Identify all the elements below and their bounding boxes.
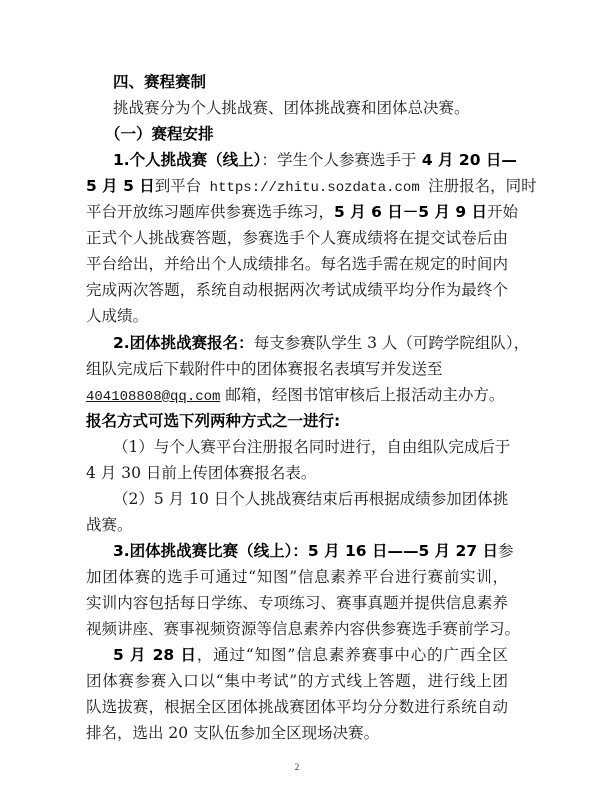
text: 4 月 30 日前上传团体赛报名表。 [86,464,316,482]
text-line: 平台给出，并给出个人成绩排名。每名选手需在规定的时间内 [86,251,508,277]
text-line: 组队完成后下载附件中的团体赛报名表填写并发送至 [86,356,508,382]
text-line: （1）与个人赛平台注册报名同时进行，自由组队完成后于 [113,434,508,460]
text-line: 404108808@qq.com 邮箱，经图书馆审核后上报活动主办方。 [86,382,508,408]
bold-text: （一）赛程安排 [105,125,214,143]
bold-text: 报名方式可选下列两种方式之一进行: [86,412,340,430]
email-address: 404108808@qq.com [86,389,220,405]
text-line: 队选拔赛，根据全区团体挑战赛团体平均分分数进行系统自动 [86,694,508,720]
text-line: 团体赛参赛入口以“集中考试”的方式线上答题，进行线上团 [86,668,508,694]
text: 正式个人挑战赛答题，参赛选手个人赛成绩将在提交试卷后由 [86,229,508,247]
text: ：学生个人参赛选手于 [261,151,416,169]
text-line: 加团体赛的选手可通过“知图”信息素养平台进行赛前实训， [86,564,508,590]
text-line: 人成绩。 [86,303,508,329]
bold-text: 四、赛程赛制 [113,73,206,91]
text-line: 5 月 28 日，通过“知图”信息素养赛事中心的广西全区 [113,642,508,668]
text-line: 战赛。 [86,512,508,538]
bold-text: 5 月 5 日 [86,177,155,195]
text: 注册报名，同时 [428,177,537,195]
text: 加团体赛的选手可通过“知图”信息素养平台进行赛前实训， [86,568,508,586]
text: （2）5 月 10 日个人挑战赛结束后再根据成绩参加团体挑 [113,490,508,508]
text: 参 [498,542,514,560]
text: 平台给出，并给出个人成绩排名。每名选手需在规定的时间内 [86,255,508,273]
text: 开始 [487,203,518,221]
text-line: 实训内容包括每日学练、专项练习、赛事真题并提供信息素养 [86,590,508,616]
text-line: 报名方式可选下列两种方式之一进行: [86,408,508,434]
text: 队选拔赛，根据全区团体挑战赛团体平均分分数进行系统自动 [86,698,508,716]
text: 实训内容包括每日学练、专项练习、赛事真题并提供信息素养 [86,594,508,612]
text-line: 4 月 30 日前上传团体赛报名表。 [86,460,508,486]
bold-text: 5 月 6 日－5 月 9 日 [334,203,487,221]
text-line: 5 月 5 日到平台 https://zhitu.sozdata.com 注册报… [86,173,508,199]
text-line: 完成两次答题，系统自动根据两次考试成绩平均分作为最终个 [86,277,508,303]
text-line: 视频讲座、赛事视频资源等信息素养内容供参赛选手赛前学习。 [86,616,508,642]
subsection-heading: （一）赛程安排 [105,121,527,147]
text: 人成绩。 [86,307,148,325]
text: 挑战赛分为个人挑战赛、团体挑战赛和团体总决赛。 [113,99,470,117]
text: 到平台 [155,177,202,195]
document-page: 四、赛程赛制挑战赛分为个人挑战赛、团体挑战赛和团体总决赛。（一）赛程安排1.个人… [0,0,594,796]
bold-text: 1.个人挑战赛（线上） [113,151,261,169]
platform-url: https://zhitu.sozdata.com [201,180,428,196]
text: （1）与个人赛平台注册报名同时进行，自由组队完成后于 [113,438,510,456]
text: 每支参赛队学生 3 人（可跨学院组队）， [254,334,529,352]
text: 平台开放练习题库供参赛选手练习， [86,203,334,221]
text: 邮箱，经图书馆审核后上报活动主办方。 [220,386,504,404]
section-heading: 四、赛程赛制 [113,69,508,95]
text-line: 1.个人挑战赛（线上）：学生个人参赛选手于 4 月 20 日— [113,147,508,173]
text-line: 正式个人挑战赛答题，参赛选手个人赛成绩将在提交试卷后由 [86,225,508,251]
page-number: 2 [0,762,594,772]
text: 组队完成后下载附件中的团体赛报名表填写并发送至 [86,360,443,378]
bold-text: 3.团体挑战赛比赛（线上）：5 月 16 日——5 月 27 日 [113,542,498,560]
bold-text: 5 月 28 日 [113,646,197,664]
text-line: 挑战赛分为个人挑战赛、团体挑战赛和团体总决赛。 [113,95,508,121]
text: 排名，选出 20 支队伍参加全区现场决赛。 [86,724,379,742]
text: 视频讲座、赛事视频资源等信息素养内容供参赛选手赛前学习。 [86,620,520,638]
bold-text: 4 月 20 日— [416,151,516,169]
text: 团体赛参赛入口以“集中考试”的方式线上答题，进行线上团 [86,672,508,690]
text: ，通过“知图”信息素养赛事中心的广西全区 [197,646,508,664]
text-line: 2.团体挑战赛报名：每支参赛队学生 3 人（可跨学院组队）， [113,330,508,356]
text-line: 平台开放练习题库供参赛选手练习，5 月 6 日－5 月 9 日开始 [86,199,508,225]
text-line: 排名，选出 20 支队伍参加全区现场决赛。 [86,720,508,746]
text-line: 3.团体挑战赛比赛（线上）：5 月 16 日——5 月 27 日参 [113,538,508,564]
bold-text: 2.团体挑战赛报名： [113,334,254,352]
text: 战赛。 [86,516,133,534]
text-line: （2）5 月 10 日个人挑战赛结束后再根据成绩参加团体挑 [113,486,508,512]
text: 完成两次答题，系统自动根据两次考试成绩平均分作为最终个 [86,281,508,299]
